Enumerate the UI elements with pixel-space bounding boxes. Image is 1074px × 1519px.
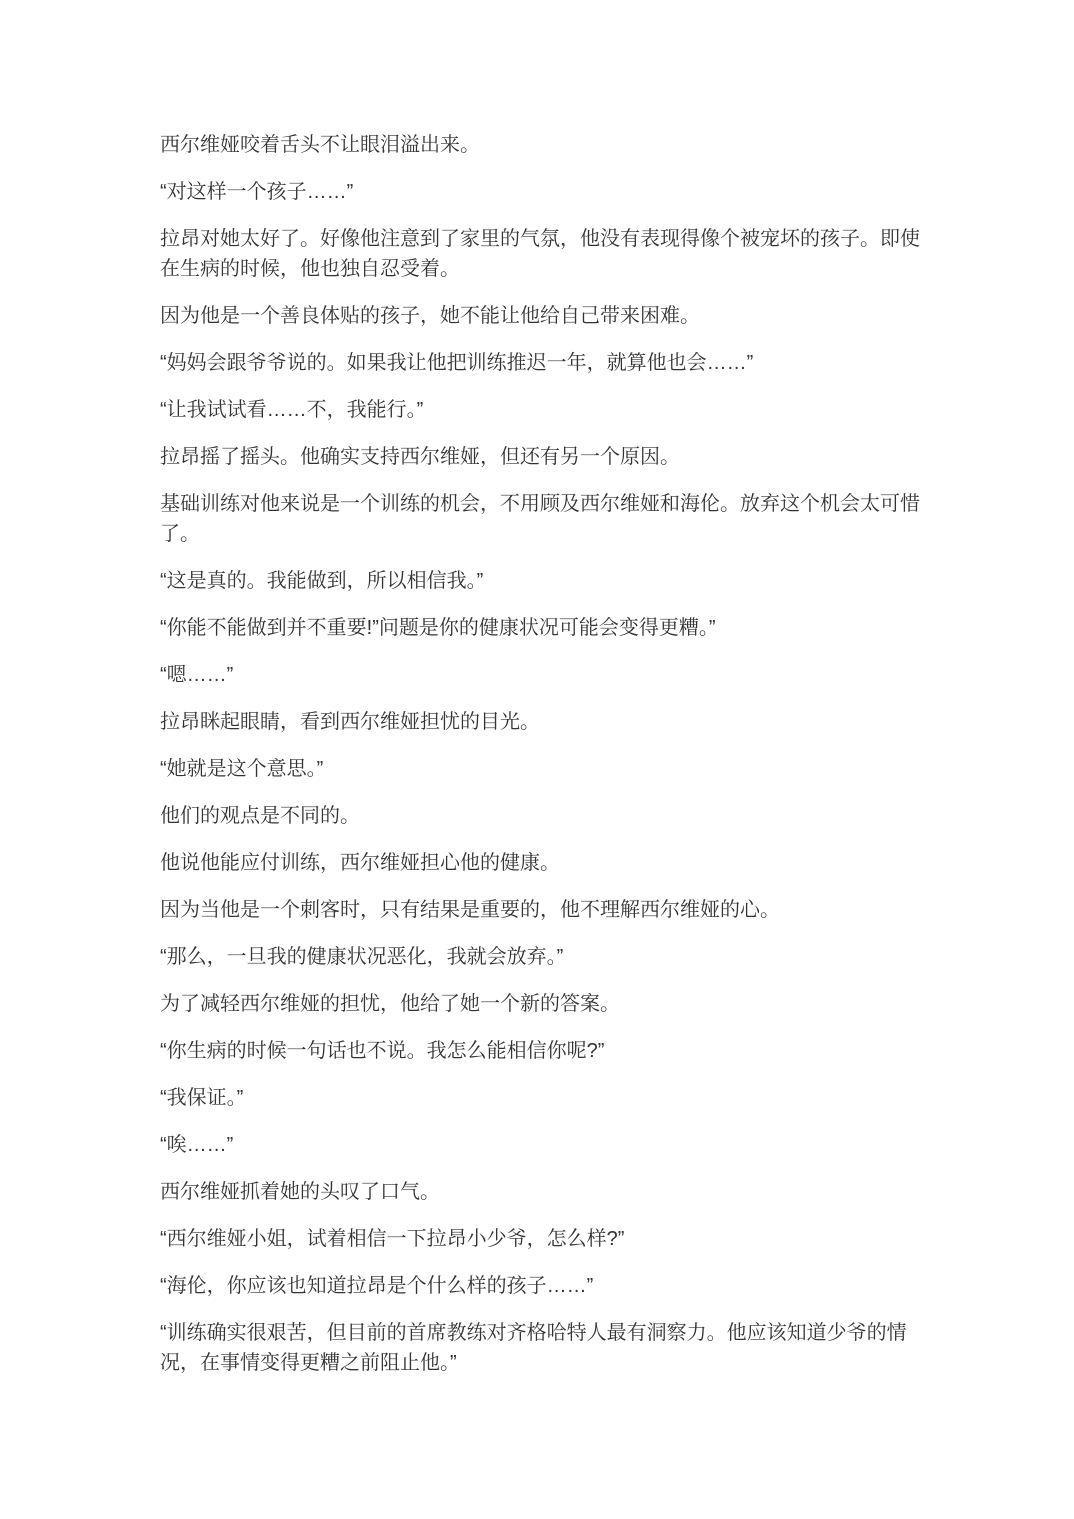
paragraph: 他说他能应付训练，西尔维娅担心他的健康。 — [160, 848, 920, 878]
paragraph: 为了减轻西尔维娅的担忧，他给了她一个新的答案。 — [160, 989, 920, 1019]
paragraph: “训练确实很艰苦，但目前的首席教练对齐格哈特人最有洞察力。他应该知道少爷的情况，… — [160, 1318, 920, 1378]
paragraph: “你能不能做到并不重要!”问题是你的健康状况可能会变得更糟。” — [160, 613, 920, 643]
paragraph: “这是真的。我能做到，所以相信我。” — [160, 566, 920, 596]
paragraph: “西尔维娅小姐，试着相信一下拉昂小少爷，怎么样?” — [160, 1224, 920, 1254]
paragraph: 他们的观点是不同的。 — [160, 801, 920, 831]
paragraph: “那么，一旦我的健康状况恶化，我就会放弃。” — [160, 942, 920, 972]
paragraph: “对这样一个孩子……” — [160, 177, 920, 207]
paragraph: “妈妈会跟爷爷说的。如果我让他把训练推迟一年，就算他也会……” — [160, 348, 920, 378]
paragraph: 西尔维娅咬着舌头不让眼泪溢出来。 — [160, 130, 920, 160]
paragraph: “海伦，你应该也知道拉昂是个什么样的孩子……” — [160, 1271, 920, 1301]
paragraph: “她就是这个意思。” — [160, 754, 920, 784]
paragraph: 拉昂摇了摇头。他确实支持西尔维娅，但还有另一个原因。 — [160, 442, 920, 472]
paragraph: 拉昂眯起眼睛，看到西尔维娅担忧的目光。 — [160, 707, 920, 737]
paragraph: 基础训练对他来说是一个训练的机会，不用顾及西尔维娅和海伦。放弃这个机会太可惜了。 — [160, 489, 920, 549]
paragraph: “我保证。” — [160, 1083, 920, 1113]
paragraph: “嗯……” — [160, 660, 920, 690]
paragraph: “让我试试看……不，我能行。” — [160, 395, 920, 425]
paragraph: 西尔维娅抓着她的头叹了口气。 — [160, 1177, 920, 1207]
document-page: 西尔维娅咬着舌头不让眼泪溢出来。“对这样一个孩子……”拉昂对她太好了。好像他注意… — [0, 0, 1074, 1519]
novel-text-body: 西尔维娅咬着舌头不让眼泪溢出来。“对这样一个孩子……”拉昂对她太好了。好像他注意… — [0, 0, 1074, 1378]
paragraph: 因为他是一个善良体贴的孩子，她不能让他给自己带来困难。 — [160, 301, 920, 331]
paragraph: 因为当他是一个刺客时，只有结果是重要的，他不理解西尔维娅的心。 — [160, 895, 920, 925]
paragraph: “你生病的时候一句话也不说。我怎么能相信你呢?” — [160, 1036, 920, 1066]
paragraph: “唉……” — [160, 1130, 920, 1160]
paragraph: 拉昂对她太好了。好像他注意到了家里的气氛，他没有表现得像个被宠坏的孩子。即使在生… — [160, 224, 920, 284]
